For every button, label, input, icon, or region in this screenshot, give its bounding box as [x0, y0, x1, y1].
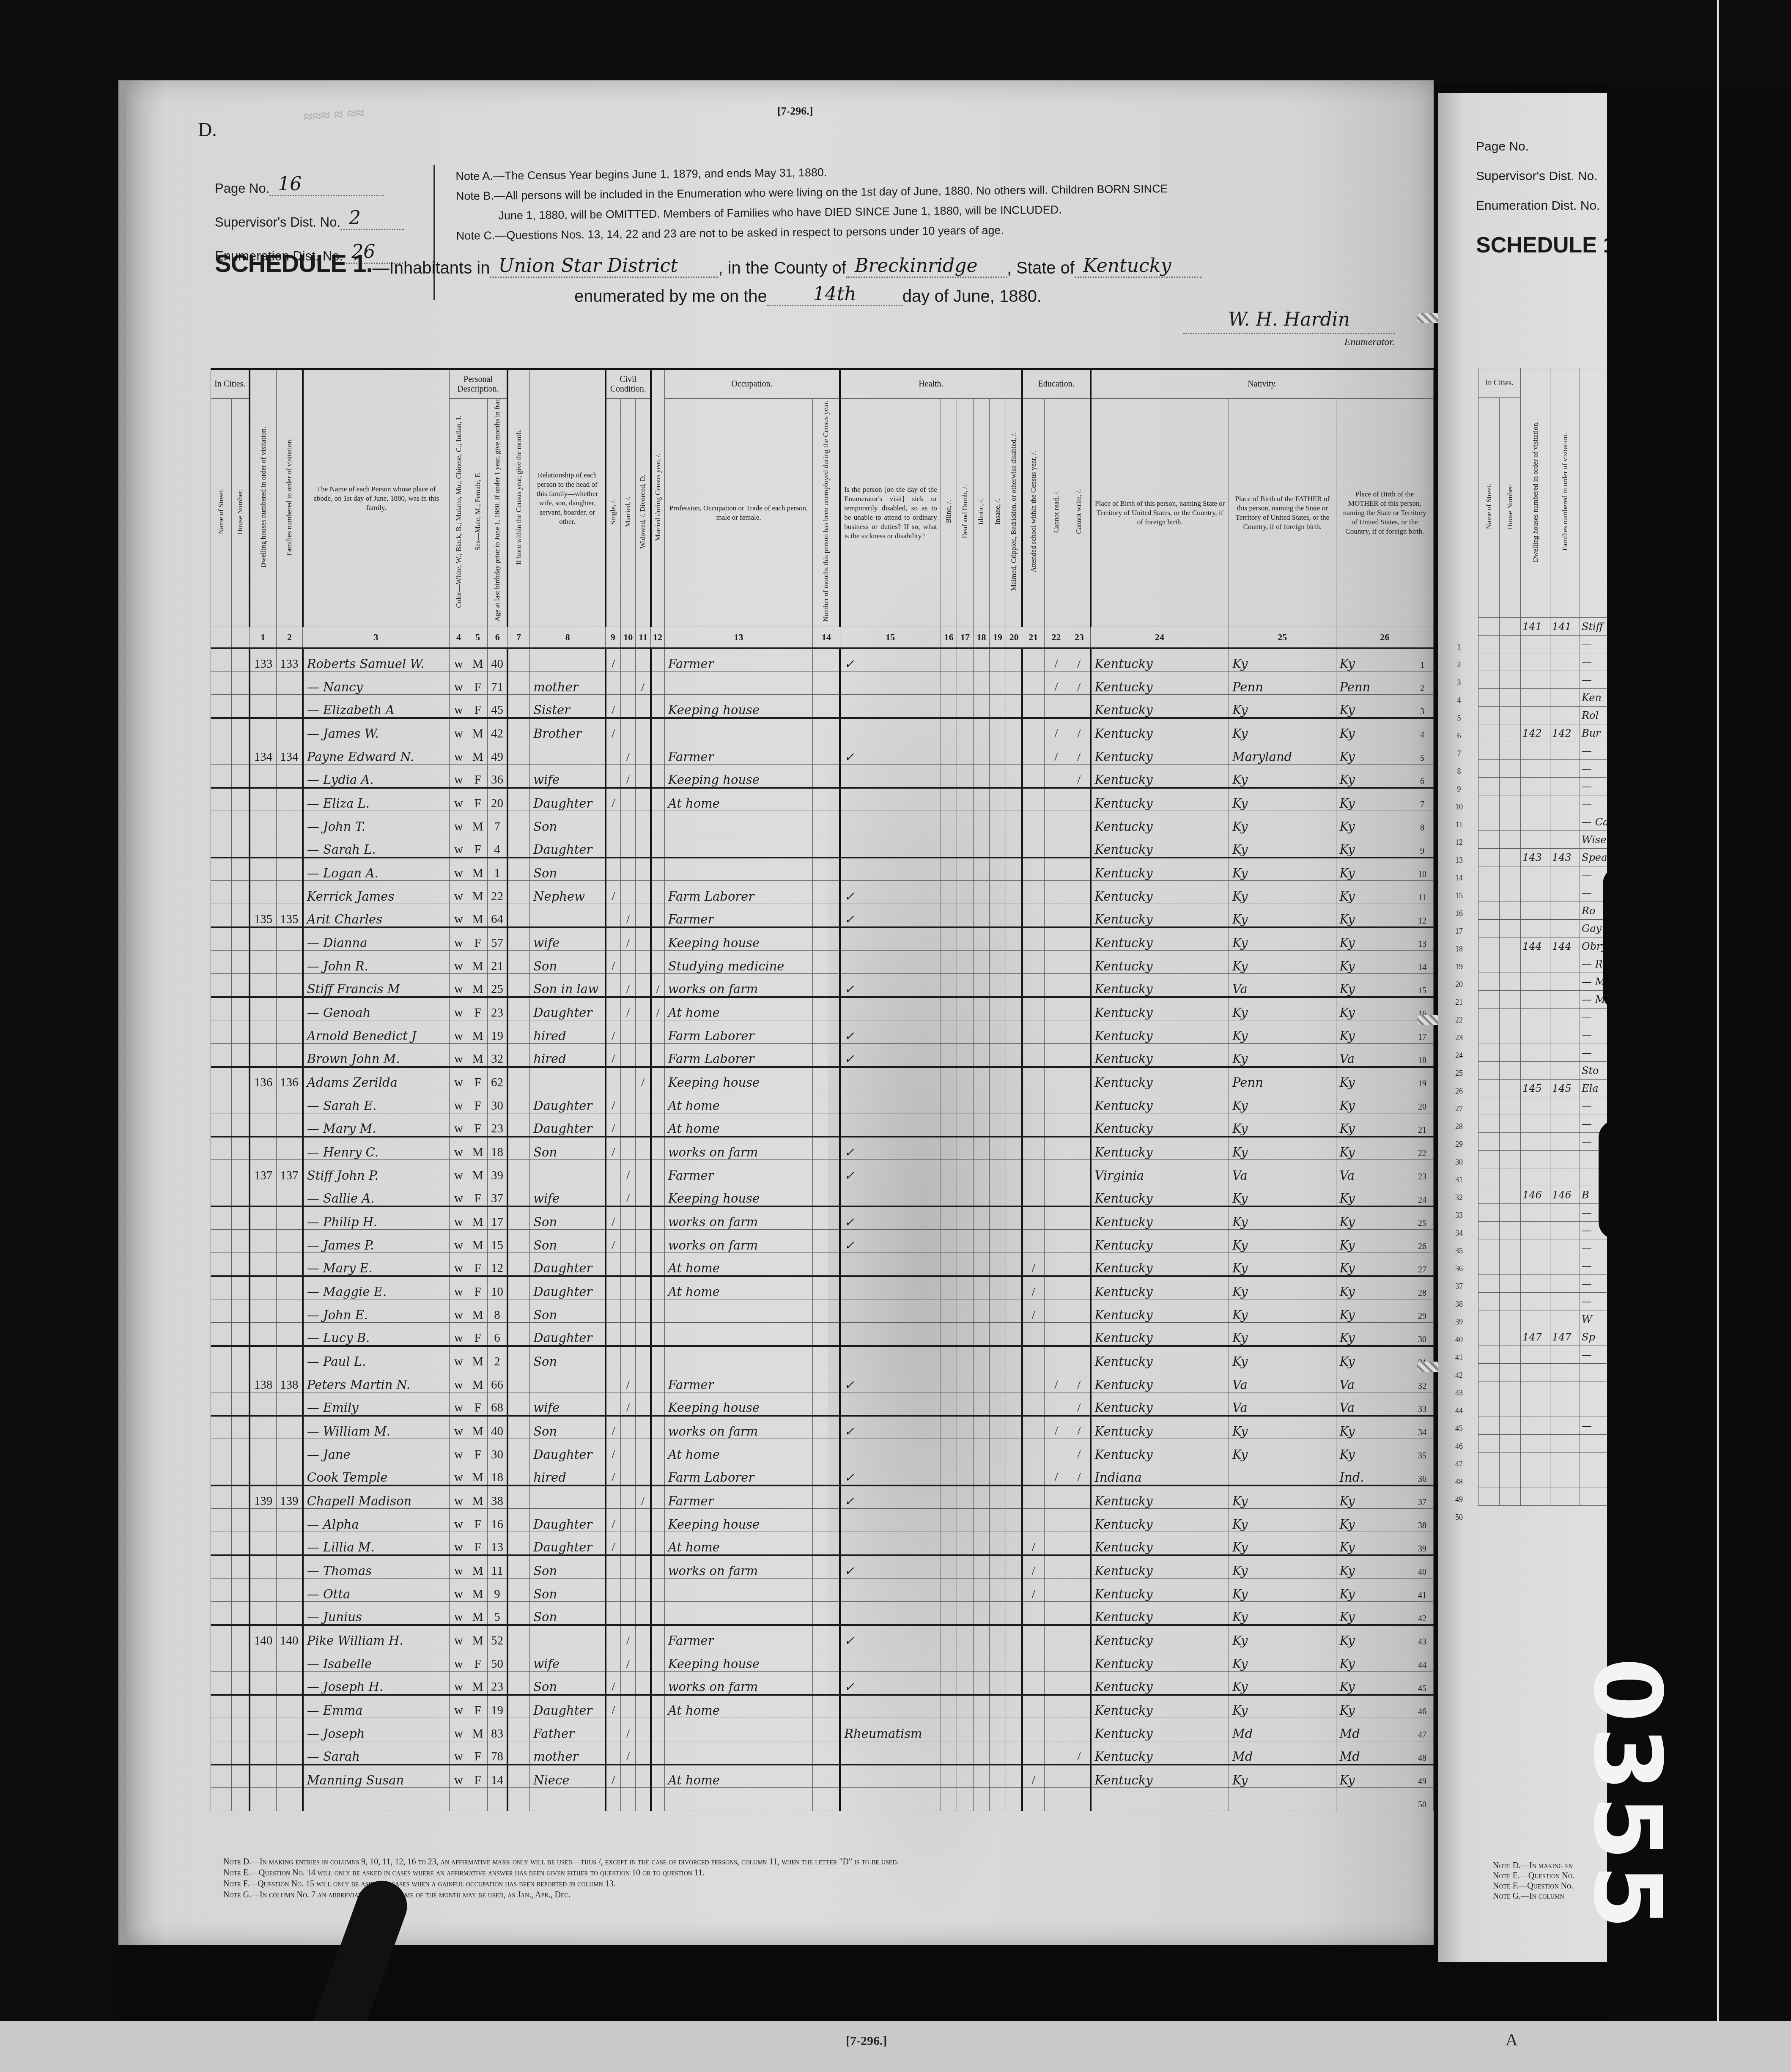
person-name: Roberts Samuel W. [303, 648, 450, 671]
house [231, 648, 250, 671]
person-name: — Philip H. [303, 1206, 450, 1230]
born-month [507, 1206, 530, 1230]
color: w [449, 1741, 468, 1765]
relationship: Daughter [530, 788, 606, 811]
born-month [507, 1020, 530, 1044]
insane [990, 788, 1006, 811]
insane [990, 1462, 1006, 1485]
widowed-mark [636, 1369, 651, 1392]
census-row: — AlphawF16Daughter/Keeping houseKentuck… [211, 1509, 1434, 1532]
rp-family-no [1550, 653, 1580, 671]
idiotic [973, 1020, 990, 1044]
blind [941, 765, 957, 788]
person-name: — John T. [303, 811, 450, 834]
street [211, 1439, 232, 1462]
footnote-e: Note E.—Question No. 14 will only be ask… [223, 1867, 899, 1878]
birthplace: Kentucky [1091, 1718, 1229, 1741]
married-year-mark [651, 927, 665, 951]
dwelling-no [250, 1695, 276, 1718]
color: w [449, 1323, 468, 1346]
blind [941, 927, 957, 951]
maimed [1006, 1253, 1022, 1276]
family-no [276, 1253, 303, 1276]
unemployed-months [813, 1648, 840, 1672]
married-year-mark [651, 1090, 665, 1113]
born-month [507, 1509, 530, 1532]
married-year-mark [651, 695, 665, 718]
color: w [449, 1532, 468, 1555]
header-maimed: Maimed, Crippled, Bedridden, or otherwis… [1006, 399, 1022, 627]
color: w [449, 1695, 468, 1718]
deaf [957, 1253, 974, 1276]
rp-street [1478, 1399, 1500, 1417]
insane [990, 695, 1006, 718]
age: 17 [488, 1206, 507, 1230]
rp-row: — [1478, 778, 1618, 795]
rp-street [1478, 1275, 1500, 1293]
family-no [276, 1741, 303, 1765]
family-no [276, 1416, 303, 1439]
line-number: 36 [1412, 1461, 1433, 1484]
idiotic [973, 1462, 990, 1485]
torn-edge-2 [1599, 1121, 1637, 1239]
line-number: 41 [1412, 1577, 1433, 1601]
rp-line-number: 12 [1446, 838, 1472, 856]
married-mark: / [620, 1392, 636, 1416]
dwelling-no [250, 1416, 276, 1439]
blind [941, 1113, 957, 1137]
blind [941, 881, 957, 904]
dwelling-no [250, 1579, 276, 1602]
blind [941, 1044, 957, 1067]
relationship: Son [530, 811, 606, 834]
blind [941, 858, 957, 881]
house [231, 1462, 250, 1485]
school-mark [1022, 834, 1045, 858]
sickness: ✓ [840, 1485, 941, 1509]
family-no: 135 [276, 904, 303, 927]
sickness: ✓ [840, 1020, 941, 1044]
occupation: At home [664, 997, 813, 1020]
sex: F [468, 1392, 488, 1416]
age: 13 [488, 1532, 507, 1555]
rp-house [1500, 1239, 1521, 1257]
cannot-read-mark [1045, 1392, 1068, 1416]
color: w [449, 811, 468, 834]
sex: M [468, 1206, 488, 1230]
sickness [840, 1253, 941, 1276]
rp-line-number: 27 [1446, 1105, 1472, 1122]
census-row: — Sarah L.wF4DaughterKentuckyKyKy [211, 834, 1434, 858]
cannot-write-mark [1068, 1602, 1091, 1625]
census-row: — ThomaswM11Sonworks on farm✓/KentuckyKy… [211, 1555, 1434, 1579]
sex: F [468, 1765, 488, 1788]
cannot-read-mark [1045, 1741, 1068, 1765]
rp-house [1500, 1115, 1521, 1133]
cannot-write-mark [1068, 1137, 1091, 1160]
rp-street [1478, 1204, 1500, 1222]
deaf [957, 1439, 974, 1462]
birthplace: Kentucky [1091, 1695, 1229, 1718]
father-birthplace: Ky [1229, 1137, 1336, 1160]
color: w [449, 1672, 468, 1695]
rp-dwelling-no [1521, 689, 1550, 707]
sickness [840, 788, 941, 811]
sex: F [468, 1439, 488, 1462]
state-value: Kentucky [1075, 255, 1201, 278]
widowed-mark [636, 1230, 651, 1253]
rp-line-number: 18 [1446, 945, 1472, 962]
color: w [449, 974, 468, 997]
unemployed-months [813, 1695, 840, 1718]
rp-line-number: 16 [1446, 909, 1472, 927]
married-year-mark [651, 858, 665, 881]
rp-row: — [1478, 1115, 1618, 1133]
header-born-month: If born within the Census year, give the… [507, 369, 530, 627]
insane [990, 1439, 1006, 1462]
idiotic [973, 1137, 990, 1160]
cannot-write-mark [1068, 1183, 1091, 1206]
house [231, 834, 250, 858]
column-number: 5 [468, 627, 488, 648]
rp-header-dwelling: Dwelling houses numbered in order of vis… [1521, 368, 1550, 618]
rp-street [1478, 1133, 1500, 1151]
rp-street [1478, 849, 1500, 866]
father-birthplace: Ky [1229, 834, 1336, 858]
single-mark [606, 741, 621, 765]
maimed [1006, 904, 1022, 927]
married-year-mark [651, 951, 665, 974]
rp-row: — Rosa [1478, 955, 1618, 973]
street [211, 811, 232, 834]
census-row: — IsabellewF50wife/Keeping houseKentucky… [211, 1648, 1434, 1672]
house [231, 1230, 250, 1253]
age: 36 [488, 765, 507, 788]
unemployed-months [813, 788, 840, 811]
color: w [449, 1625, 468, 1648]
widowed-mark [636, 1020, 651, 1044]
house [231, 1206, 250, 1230]
age: 78 [488, 1741, 507, 1765]
enumerated-day: 14th [767, 283, 902, 306]
idiotic [973, 1648, 990, 1672]
occupation: Keeping house [664, 1648, 813, 1672]
sickness: ✓ [840, 1555, 941, 1579]
occupation [664, 1346, 813, 1369]
idiotic [973, 1206, 990, 1230]
rp-family-no [1550, 973, 1580, 991]
census-row: — SarahwF78mother//KentuckyMdMd [211, 1741, 1434, 1765]
dwelling-no [250, 811, 276, 834]
sickness [840, 1346, 941, 1369]
age: 40 [488, 648, 507, 671]
column-number: 1 [250, 627, 276, 648]
house [231, 1695, 250, 1718]
father-birthplace: Ky [1229, 1672, 1336, 1695]
rp-family-no [1550, 1204, 1580, 1222]
relationship [530, 904, 606, 927]
binding-top-shadow [0, 0, 1791, 85]
birthplace: Kentucky [1091, 1299, 1229, 1323]
single-mark: / [606, 1532, 621, 1555]
rp-row: 143143Speak [1478, 849, 1618, 866]
unemployed-months [813, 1509, 840, 1532]
maimed [1006, 695, 1022, 718]
street [211, 718, 232, 741]
sickness [840, 1323, 941, 1346]
relationship: Daughter [530, 1439, 606, 1462]
dwelling-no [250, 1648, 276, 1672]
person-name: Peters Martin N. [303, 1369, 450, 1392]
cannot-read-mark [1045, 1020, 1068, 1044]
blind [941, 741, 957, 765]
rp-street [1478, 707, 1500, 724]
street [211, 1485, 232, 1509]
relationship: Son [530, 1416, 606, 1439]
sickness [840, 1788, 941, 1811]
relationship [530, 1788, 606, 1811]
rp-house [1500, 724, 1521, 742]
rp-row: W [1478, 1310, 1618, 1328]
birthplace: Kentucky [1091, 1183, 1229, 1206]
married-year-mark [651, 1462, 665, 1485]
single-mark [606, 858, 621, 881]
line-number: 40 [1412, 1554, 1433, 1577]
cannot-write-mark [1068, 1323, 1091, 1346]
school-mark: / [1022, 1299, 1045, 1323]
married-year-mark [651, 788, 665, 811]
relationship: Daughter [530, 997, 606, 1020]
family-no: 139 [276, 1485, 303, 1509]
maimed [1006, 1299, 1022, 1323]
married-year-mark [651, 881, 665, 904]
maimed [1006, 1369, 1022, 1392]
rp-line-number: 5 [1446, 714, 1472, 732]
dwelling-no [250, 1765, 276, 1788]
line-number: 26 [1412, 1228, 1433, 1252]
rp-family-no [1550, 1346, 1580, 1364]
sex: M [468, 1579, 488, 1602]
father-birthplace: Ky [1229, 1206, 1336, 1230]
occupation: works on farm [664, 974, 813, 997]
occupation [664, 1718, 813, 1741]
insane [990, 1741, 1006, 1765]
rp-street [1478, 1328, 1500, 1346]
age: 40 [488, 1416, 507, 1439]
cannot-read-mark [1045, 951, 1068, 974]
widowed-mark [636, 741, 651, 765]
rp-street [1478, 1044, 1500, 1062]
rp-dwelling-no [1521, 1044, 1550, 1062]
cannot-read-mark [1045, 1206, 1068, 1230]
unemployed-months [813, 1625, 840, 1648]
person-name: — Dianna [303, 927, 450, 951]
sickness: ✓ [840, 741, 941, 765]
widowed-mark [636, 648, 651, 671]
widowed-mark [636, 927, 651, 951]
page-meta-box: Page No. 16 Supervisor's Dist. No. 2 Enu… [215, 165, 435, 300]
maimed [1006, 1485, 1022, 1509]
born-month [507, 1113, 530, 1137]
widowed-mark [636, 1509, 651, 1532]
cannot-write-mark [1068, 1160, 1091, 1183]
relationship: hired [530, 1044, 606, 1067]
rp-line-number: 42 [1446, 1371, 1472, 1389]
idiotic [973, 1718, 990, 1741]
idiotic [973, 765, 990, 788]
street [211, 1555, 232, 1579]
maimed [1006, 1416, 1022, 1439]
rp-line-number: 2 [1446, 661, 1472, 678]
unemployed-months [813, 811, 840, 834]
house [231, 788, 250, 811]
rp-row: Ken [1478, 689, 1618, 707]
color: w [449, 741, 468, 765]
rp-line-number: 26 [1446, 1087, 1472, 1105]
father-birthplace: Ky [1229, 1346, 1336, 1369]
maimed [1006, 834, 1022, 858]
born-month [507, 1090, 530, 1113]
born-month [507, 1462, 530, 1485]
cannot-write-mark [1068, 1090, 1091, 1113]
column-number: 14 [813, 627, 840, 648]
father-birthplace: Ky [1229, 1113, 1336, 1137]
insane [990, 765, 1006, 788]
rp-house [1500, 636, 1521, 653]
occupation: Farmer [664, 648, 813, 671]
relationship: Sister [530, 695, 606, 718]
rp-dwelling-no [1521, 778, 1550, 795]
born-month [507, 951, 530, 974]
married-mark [620, 1765, 636, 1788]
cannot-write-mark: / [1068, 1392, 1091, 1416]
sickness [840, 1509, 941, 1532]
sickness [840, 811, 941, 834]
person-name: — Sarah E. [303, 1090, 450, 1113]
single-mark: / [606, 1020, 621, 1044]
widowed-mark [636, 1253, 651, 1276]
married-year-mark [651, 671, 665, 695]
single-mark: / [606, 1416, 621, 1439]
maimed [1006, 881, 1022, 904]
birthplace: Kentucky [1091, 718, 1229, 741]
age: 23 [488, 1113, 507, 1137]
rp-family-no [1550, 1222, 1580, 1239]
father-birthplace: Ky [1229, 1765, 1336, 1788]
family-no [276, 1718, 303, 1741]
married-year-mark [651, 765, 665, 788]
widowed-mark [636, 1741, 651, 1765]
enumerated-label: enumerated by me on the [574, 287, 767, 306]
line-number: 34 [1412, 1414, 1433, 1438]
cannot-read-mark [1045, 1230, 1068, 1253]
cannot-write-mark: / [1068, 718, 1091, 741]
street [211, 1230, 232, 1253]
deaf [957, 648, 974, 671]
header-color: Color—White, W.; Black, B.; Mulatto, Mu.… [449, 399, 468, 627]
color: w [449, 1555, 468, 1579]
house [231, 858, 250, 881]
rp-family-no [1550, 920, 1580, 937]
rp-street [1478, 920, 1500, 937]
idiotic [973, 1788, 990, 1811]
maimed [1006, 1044, 1022, 1067]
sickness [840, 1392, 941, 1416]
cannot-read-mark [1045, 904, 1068, 927]
rp-row: 146146B [1478, 1186, 1618, 1204]
sickness: ✓ [840, 1230, 941, 1253]
bottom-form-code: [7-296.] [846, 2034, 887, 2048]
deaf [957, 997, 974, 1020]
census-row: — William M.wM40Son/works on farm✓//Kent… [211, 1416, 1434, 1439]
rp-family-no [1550, 1151, 1580, 1168]
rp-row: — [1478, 636, 1618, 653]
married-mark [620, 881, 636, 904]
father-birthplace: Ky [1229, 858, 1336, 881]
family-no [276, 695, 303, 718]
family-no: 140 [276, 1625, 303, 1648]
rp-street [1478, 636, 1500, 653]
blind [941, 1672, 957, 1695]
unemployed-months [813, 834, 840, 858]
street [211, 1672, 232, 1695]
house [231, 1509, 250, 1532]
father-birthplace [1229, 1788, 1336, 1811]
torn-edge-1 [1603, 867, 1637, 1011]
sex: F [468, 1253, 488, 1276]
born-month [507, 811, 530, 834]
cannot-write-mark [1068, 1625, 1091, 1648]
unemployed-months [813, 927, 840, 951]
person-name: — Otta [303, 1579, 450, 1602]
cannot-read-mark [1045, 1765, 1068, 1788]
deaf [957, 1788, 974, 1811]
age: 6 [488, 1323, 507, 1346]
house [231, 671, 250, 695]
rp-family-no [1550, 1364, 1580, 1381]
relationship: Daughter [530, 1323, 606, 1346]
single-mark [606, 1369, 621, 1392]
street [211, 1346, 232, 1369]
column-number: 20 [1006, 627, 1022, 648]
sickness [840, 1765, 941, 1788]
dwelling-no: 140 [250, 1625, 276, 1648]
rp-row: Rol [1478, 707, 1618, 724]
married-mark [620, 1602, 636, 1625]
rp-street [1478, 1009, 1500, 1026]
born-month [507, 1625, 530, 1648]
married-mark [620, 1230, 636, 1253]
census-row: Arnold Benedict JwM19hired/Farm Laborer✓… [211, 1020, 1434, 1044]
idiotic [973, 974, 990, 997]
cannot-read-mark [1045, 1346, 1068, 1369]
sex: M [468, 1369, 488, 1392]
birthplace: Kentucky [1091, 974, 1229, 997]
widowed-mark [636, 1532, 651, 1555]
dwelling-no [250, 788, 276, 811]
rp-row [1478, 1168, 1618, 1186]
married-year-mark [651, 1555, 665, 1579]
cannot-write-mark: / [1068, 1416, 1091, 1439]
street [211, 834, 232, 858]
color: w [449, 1579, 468, 1602]
census-row: — Joseph H.wM23Son/works on farm✓Kentuck… [211, 1672, 1434, 1695]
blind [941, 1532, 957, 1555]
rp-family-no [1550, 1435, 1580, 1453]
census-row: — Sallie A.wF37wife/Keeping houseKentuck… [211, 1183, 1434, 1206]
occupation: At home [664, 1253, 813, 1276]
married-year-mark [651, 1439, 665, 1462]
